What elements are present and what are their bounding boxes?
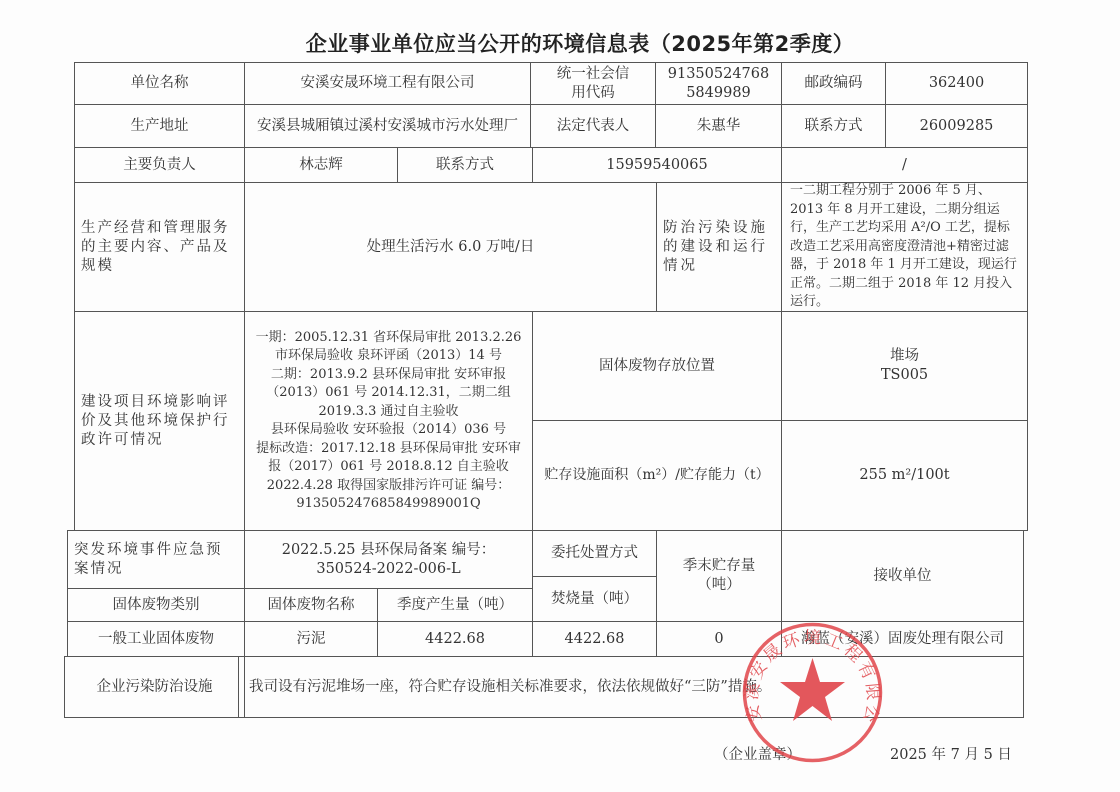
- receiver-header: 接收单位: [781, 530, 1024, 622]
- prevention-label: 企业污染防治设施: [64, 656, 245, 718]
- eia-line: 市环保局验收 泉环评函（2013）14 号: [275, 347, 502, 366]
- row-quarterly: 4422.68: [377, 621, 533, 657]
- contact-label: 联系方式: [781, 104, 886, 148]
- storage-location-label: 固体废物存放位置: [532, 311, 782, 421]
- eia-line: 提标改造：2017.12.18 县环保局审批 安环审: [256, 440, 521, 459]
- storage-capacity-label: 贮存设施面积（m²）/贮存能力（t）: [532, 420, 782, 531]
- credit-code-label: 统一社会信用代码: [530, 62, 656, 105]
- company-seal-icon: 安溪安晟环境工程有限公司: [740, 620, 885, 765]
- eia-line: 报（2017）061 号 2018.8.12 自主验收: [268, 458, 508, 477]
- emergency-value: 2022.5.25 县环保局备案 编号： 350524-2022-006-L: [244, 530, 533, 589]
- business-value: 处理生活污水 6.0 万吨/日: [244, 182, 657, 312]
- end-storage-header: 季末贮存量（吨）: [656, 530, 782, 622]
- eia-line: 2019.3.3 通过自主验收: [318, 403, 458, 422]
- waste-name-header: 固体废物名称: [244, 588, 378, 622]
- contact-value: 26009285: [885, 104, 1028, 148]
- postal-code-value: 362400: [885, 62, 1028, 105]
- eia-line: 2022.4.28 取得国家版排污许可证 编号：: [267, 477, 510, 496]
- disposal-method-header: 委托处置方式: [532, 530, 657, 577]
- facilities-label: 防治污染设施的建设和运行情况: [656, 182, 782, 312]
- blank-cell: /: [781, 147, 1028, 183]
- emergency-code: 350524-2022-006-L: [316, 560, 460, 579]
- storage-capacity-value: 255 m²/100t: [781, 420, 1028, 531]
- emergency-line: 2022.5.25 县环保局备案 编号：: [282, 541, 496, 560]
- eia-label: 建设项目环境影响评价及其他环境保护行政许可情况: [74, 311, 245, 531]
- postal-code-label: 邮政编码: [781, 62, 886, 105]
- principal-value: 林志辉: [244, 147, 398, 183]
- eia-line: 913505247685849989001Q: [296, 495, 480, 514]
- eia-line: 二期：2013.9.2 县环保局审批 安环审报: [271, 366, 506, 385]
- legal-rep-value: 朱惠华: [655, 104, 782, 148]
- eia-value: 一期：2005.12.31 省环保局审批 2013.2.26 市环保局验收 泉环…: [244, 311, 533, 531]
- quarterly-header: 季度产生量（吨）: [377, 588, 533, 622]
- incineration-header: 焚烧量（吨）: [532, 576, 657, 622]
- business-label: 生产经营和管理服务的主要内容、产品及规模: [74, 182, 245, 312]
- storage-location-value: 堆场 TS005: [781, 311, 1028, 421]
- storage-location-line: 堆场: [890, 347, 919, 366]
- row-incineration: 4422.68: [532, 621, 657, 657]
- storage-location-code: TS005: [881, 366, 928, 385]
- row-category: 一般工业固体废物: [67, 621, 245, 657]
- principal-contact-value: 15959540065: [532, 147, 782, 183]
- eia-line: （2013）061 号 2014.12.31，二期二组: [266, 384, 511, 403]
- emergency-label: 突发环境事件应急预案情况: [67, 530, 245, 589]
- unit-name-label: 单位名称: [74, 62, 245, 105]
- eia-line: 县环保局验收 安环验报（2014）036 号: [271, 421, 506, 440]
- prevention-value: 我司设有污泥堆场一座，符合贮存设施相关标准要求，依法依规做好“三防”措施。: [238, 656, 1024, 718]
- address-label: 生产地址: [74, 104, 245, 148]
- facilities-value: 一二期工程分别于 2006 年 5 月、2013 年 8 月开工建设，二期分组运…: [781, 182, 1028, 312]
- page-title: 企业事业单位应当公开的环境信息表（2025年第2季度）: [0, 28, 1120, 58]
- principal-label: 主要负责人: [74, 147, 245, 183]
- category-header: 固体废物类别: [67, 588, 245, 622]
- principal-contact-label: 联系方式: [397, 147, 533, 183]
- sign-date: 2025 年 7 月 5 日: [890, 743, 1012, 764]
- row-name: 污泥: [244, 621, 378, 657]
- eia-line: 一期：2005.12.31 省环保局审批 2013.2.26: [256, 329, 522, 348]
- legal-rep-label: 法定代表人: [530, 104, 656, 148]
- credit-code-value: 913505247685849989: [655, 62, 782, 105]
- unit-name-value: 安溪安晟环境工程有限公司: [244, 62, 531, 105]
- address-value: 安溪县城厢镇过溪村安溪城市污水处理厂: [244, 104, 531, 148]
